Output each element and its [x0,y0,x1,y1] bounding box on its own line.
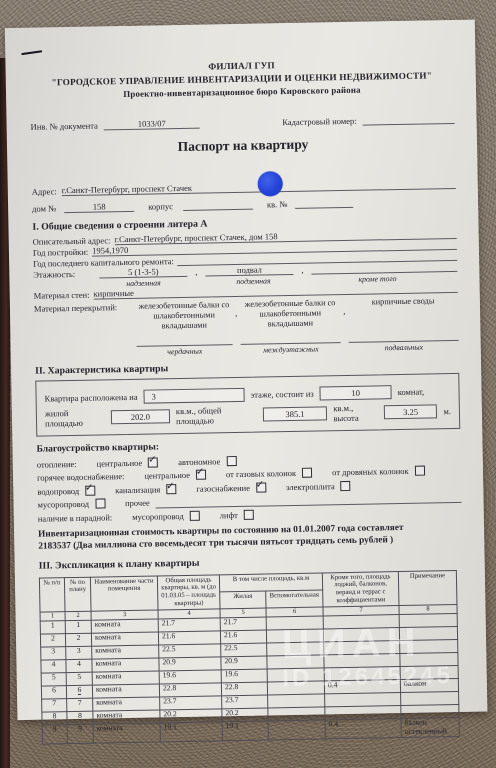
section1-body: Описательный адрес: г.Санкт-Петербург, п… [33,229,458,301]
header-group56: В том числе площадь, кв.м [219,573,322,592]
cell: 2 [65,633,91,646]
header-col8: Примечание [398,570,457,606]
amenity-item: от газовых колонок [226,468,312,480]
cell: комната [93,723,160,743]
amenity-label: мусоропровод [37,499,89,510]
amenity-label: от дровяных колонок [332,466,409,477]
cell [266,616,323,630]
cell: 20.2 [160,709,222,723]
cell: 9 [42,725,67,744]
cell: 23.7 [160,696,222,710]
amenity-item: электроплита [286,480,351,491]
checkbox-empty [341,480,351,490]
amenity-item: горячее водоснабжение: [37,471,125,483]
build-year-value: 1954,1970 [92,245,128,257]
checkbox-empty [244,509,254,519]
doc-number-value: 1033/07 [104,118,200,131]
cell [401,692,459,706]
amenity-item: газоснабжение [196,482,266,493]
cell: 5 [66,672,92,685]
amenity-item: автономное [178,456,236,467]
ceilings-label: Материал перекрытий: [34,302,137,359]
explication-table: № п/п№ по плануНаименование части помеще… [39,570,460,745]
house-value: 158 [64,201,134,213]
amenity-label: автономное [178,456,220,467]
floors-below-value: подвал [205,264,293,277]
cell: 20.9 [159,657,221,671]
amenity-label: центральное [97,457,143,468]
cell: комната [91,619,158,633]
cell: 6 [41,686,66,699]
cell: 21.7 [220,617,266,631]
org-header: ФИЛИАЛ ГУП "ГОРОДСКОЕ УПРАВЛЕНИЕ ИНВЕНТА… [29,56,454,103]
doc-number-label: Инв. № документа [31,120,98,131]
amenity-label: мусоропровод [132,511,184,522]
living-area-label: жилой площадью [45,408,105,429]
address-label: Адрес: [32,186,57,196]
checkbox-checked [196,470,206,480]
ceilings-attic-note: чердачных [137,347,233,358]
cell: 0.4 [325,719,401,739]
cell: 3 [41,647,66,660]
header-col4: Общая площадь квартиры, кв. м (до 01.03.… [157,574,220,610]
header-col7: Кроме того, площадь лоджий, балконов, ве… [322,571,399,607]
doc-number-row: Инв. № документа 1033/07 Кадастровый ном… [31,113,455,132]
cell: 23.7 [222,695,268,709]
checkbox-checked [85,485,95,495]
amenity-label: наличие в парадной: [38,512,113,523]
cell: 3 [66,646,92,659]
cell: 22.8 [221,682,267,696]
cell: 21.6 [220,630,266,644]
amenity-label: от газовых колонок [226,468,296,479]
ceilings-basement: кирпичные своды подвальных [348,296,459,353]
located-label: Квартира расположена на [45,392,138,404]
ceilings-block: Материал перекрытий: железобетонные балк… [34,296,459,359]
column-number: 1 [40,612,65,621]
document-page: ФИЛИАЛ ГУП "ГОРОДСКОЕ УПРАВЛЕНИЕ ИНВЕНТА… [5,20,488,720]
document-title: Паспорт на квартиру [31,134,455,158]
cell: 19.6 [159,670,221,684]
amenity-item: отопление: [37,458,77,469]
cadastral-label: Кадастровый номер: [282,116,356,127]
cell: 22.5 [159,644,221,658]
height-units: м. [443,406,451,416]
cell [401,705,459,719]
amenity-item: центральное [97,457,159,468]
cell: 22.5 [221,643,267,657]
cell: 20.9 [221,656,267,670]
cell: 21.7 [158,618,220,632]
header-col1: № п/п [39,577,65,612]
house-label: дом № [32,203,56,213]
amenity-underline [156,491,462,508]
height-value: 3.25 [384,405,438,420]
amenity-label: газоснабжение [196,482,250,493]
walls-value: кирпичные [93,288,134,300]
section3-title: III. Экспликация к плану квартиры [39,553,463,572]
cell: 19.1 [160,722,222,742]
cell: 1 [40,621,65,634]
cell [267,642,324,656]
living-area-value: 202.0 [111,409,170,424]
amenity-item: мусоропровод [37,498,105,509]
amenity-label: центральное [144,470,190,481]
floors-above-value: 5 (1-3-5) [99,266,187,279]
cell: комната [92,645,159,659]
living-area-units: кв.м., общей площадью [176,405,257,427]
address-block: Адрес: г.Санкт-Петербург, проспект Стаче… [32,172,457,214]
cell: комната [92,684,159,698]
apt-value-blank [295,197,353,209]
header-col2: № по плану [64,577,91,612]
amenity-item: канализация [115,484,176,495]
amenity-label: прочее [125,498,150,508]
cell: 9 [67,724,93,743]
build-year-label: Год постройки: [33,247,88,258]
building-label: корпус [148,201,173,211]
floors-label: Этажность: [33,269,99,280]
cell: 21.6 [158,631,220,645]
cell [400,666,458,680]
rooms-suffix: комнат, [398,387,425,397]
cell: комната [93,710,160,724]
ceilings-basement-note: подвальных [349,342,459,353]
cell: 22.8 [159,683,221,697]
checkbox-checked [256,482,266,492]
floor-number-value: 3 [143,388,244,404]
cell [266,629,323,643]
amenity-label: водопровод [37,485,79,496]
cell [267,655,324,669]
cell: 8 [42,712,67,725]
ceilings-interfloor: железобетонные балки со шлакобетонными в… [240,299,341,356]
cell: комната [91,632,158,646]
cell: балкон [400,679,458,693]
cell: 8 [67,711,93,724]
cell: 1 [65,620,91,633]
cell [399,627,457,641]
header-col5: Жилая [220,591,266,609]
cell [400,653,458,667]
cell: 2 [40,634,65,647]
cell: 19.6 [221,669,267,683]
total-area-value: 385.1 [263,407,328,422]
column-number: 2 [65,611,91,620]
cell: 4 [41,660,66,673]
cell [268,720,325,740]
cell: комната [92,671,159,685]
header-col6: Вспомогательная [266,590,323,608]
valuation-paragraph: Инвентаризационная стоимость квартиры по… [38,522,462,553]
building-value-blank [183,199,253,211]
cell: балкон остекленный [401,718,459,738]
photo-scene: ФИЛИАЛ ГУП "ГОРОДСКОЕ УПРАВЛЕНИЕ ИНВЕНТА… [0,0,496,768]
amenity-item: лифт [220,509,254,520]
cell: комната [93,697,160,711]
flat-characteristics-box: Квартира расположена на 3 этаже, состоит… [35,373,460,437]
cell: 5 [41,673,66,686]
total-area-units: кв.м., высота [333,403,378,424]
amenity-item: водопровод [37,485,95,496]
walls-label: Материал стен: [34,290,90,301]
cell: 6 [66,685,92,698]
checkbox-empty [226,456,236,466]
checkbox-empty [190,510,200,520]
cell [268,707,325,721]
amenity-item: наличие в парадной: [38,512,113,523]
ceilings-interfloor-note: междуэтажных [241,345,341,356]
amenity-label: отопление: [37,458,77,469]
ceilings-attic: железобетонные балки со шлакобетонными в… [136,301,233,358]
consists-label: этаже, состоит из [250,389,313,400]
amenity-item: центральное [144,470,206,481]
rooms-count-value: 10 [320,385,392,400]
cadastral-value-blank [362,113,454,126]
amenity-item: мусоропровод [132,510,200,521]
checkbox-checked [148,457,158,467]
checkbox-empty [302,468,312,478]
cell [267,668,324,682]
cell [400,640,458,654]
amenity-label: горячее водоснабжение: [37,471,125,483]
amenity-label: канализация [115,484,160,495]
amenity-label: электроплита [286,481,335,492]
checkbox-checked [166,484,176,494]
cell: 7 [42,699,67,712]
cell [267,681,324,695]
amenities-lines: отопление:центральноеавтономноегорячее в… [37,452,462,523]
pen-mark [21,50,42,55]
amenity-item: от дровяных колонок [332,466,425,478]
cell: 4 [66,659,92,672]
apt-label: кв. № [267,199,288,209]
checkbox-empty [95,498,105,508]
cell: 7 [67,698,93,711]
cell: комната [92,658,159,672]
cell [268,694,325,708]
cell [399,614,457,628]
cell: 19.1 [222,721,268,741]
header-col3: Наименование части помещения [90,576,158,612]
checkbox-empty [415,466,425,476]
cell: 20.2 [222,708,268,722]
amenity-label: лифт [220,510,238,520]
